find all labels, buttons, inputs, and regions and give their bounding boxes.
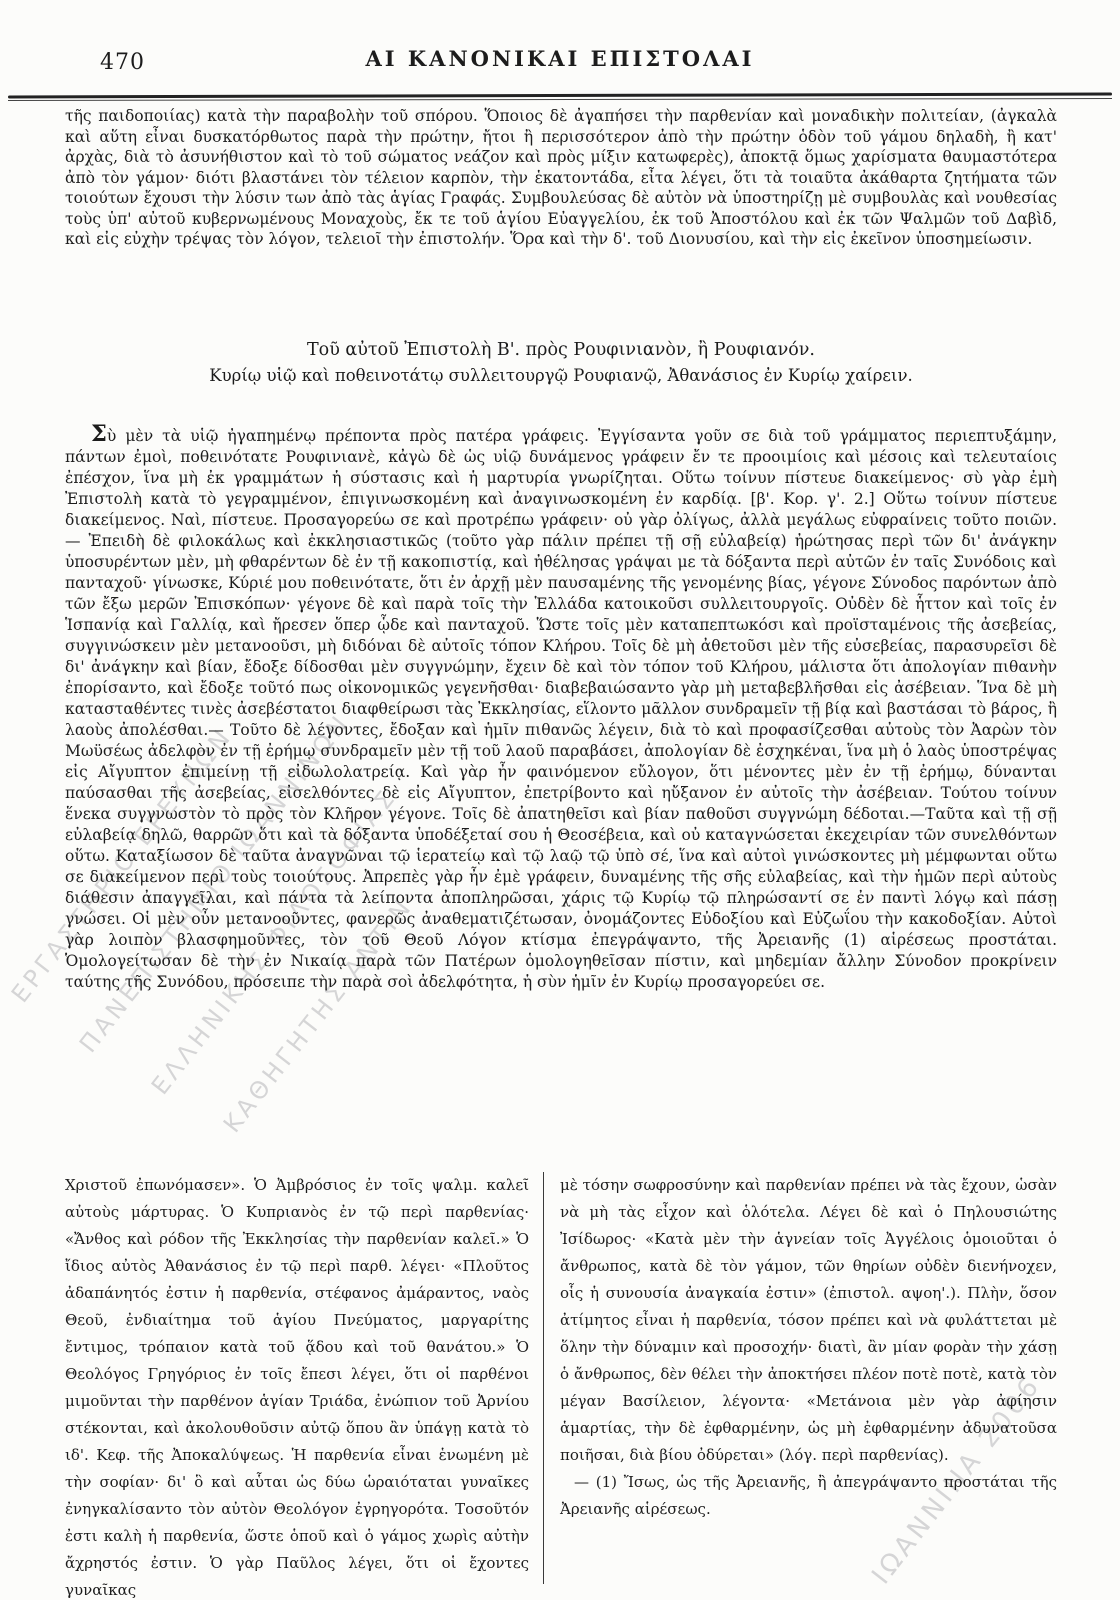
letter-body-text: Σὺ μὲν τὰ υἱῷ ἠγαπημένῳ πρέποντα πρὸς πα… bbox=[65, 424, 1057, 993]
intro-paragraph: τῆς παιδοποιίας) κατὰ τὴν παραβολὴν τοῦ … bbox=[65, 106, 1057, 250]
letter-heading-title: Τοῦ αὐτοῦ Ἐπιστολὴ Β'. πρὸς Ρουφινιανὸν,… bbox=[65, 337, 1057, 363]
footnote-section: Χριστοῦ ἐπωνόμασεν». Ὁ Ἀμβρόσιος ἐν τοῖς… bbox=[65, 1172, 1057, 1584]
footnote-right-paragraph: μὲ τόσην σωφροσύνην καὶ παρθενίαν πρέπει… bbox=[560, 1172, 1057, 1469]
letter-body: Σὺ μὲν τὰ υἱῷ ἠγαπημένῳ πρέποντα πρὸς πα… bbox=[65, 424, 1057, 993]
footnote-left-column: Χριστοῦ ἐπωνόμασεν». Ὁ Ἀμβρόσιος ἐν τοῖς… bbox=[65, 1172, 543, 1584]
running-title: ΑΙ ΚΑΝΟΝΙΚΑΙ ΕΠΙΣΤΟΛΑΙ bbox=[65, 46, 1055, 71]
letter-heading-salutation: Κυρίῳ υἱῷ καὶ ποθεινοτάτῳ συλλειτουργῷ Ρ… bbox=[65, 363, 1057, 389]
footnote-annotation: — (1) Ἴσως, ὡς τῆς Ἀρειανῆς, ἢ ἀπεγράψαν… bbox=[560, 1469, 1057, 1523]
letter-heading: Τοῦ αὐτοῦ Ἐπιστολὴ Β'. πρὸς Ρουφινιανὸν,… bbox=[65, 337, 1057, 389]
book-page: ΕΡΓΑΣΤΗΡΙΟ ΕΡΕΥΝΩΝ ΠΑΝΕΠΙΣΤΗΜΙΟ ΙΩΑΝΝΙΝΩ… bbox=[0, 0, 1120, 1600]
footnote-right-column: μὲ τόσην σωφροσύνην καὶ παρθενίαν πρέπει… bbox=[543, 1172, 1057, 1584]
header-rule bbox=[8, 94, 1112, 100]
page-header: 470 ΑΙ ΚΑΝΟΝΙΚΑΙ ΕΠΙΣΤΟΛΑΙ bbox=[65, 46, 1055, 80]
